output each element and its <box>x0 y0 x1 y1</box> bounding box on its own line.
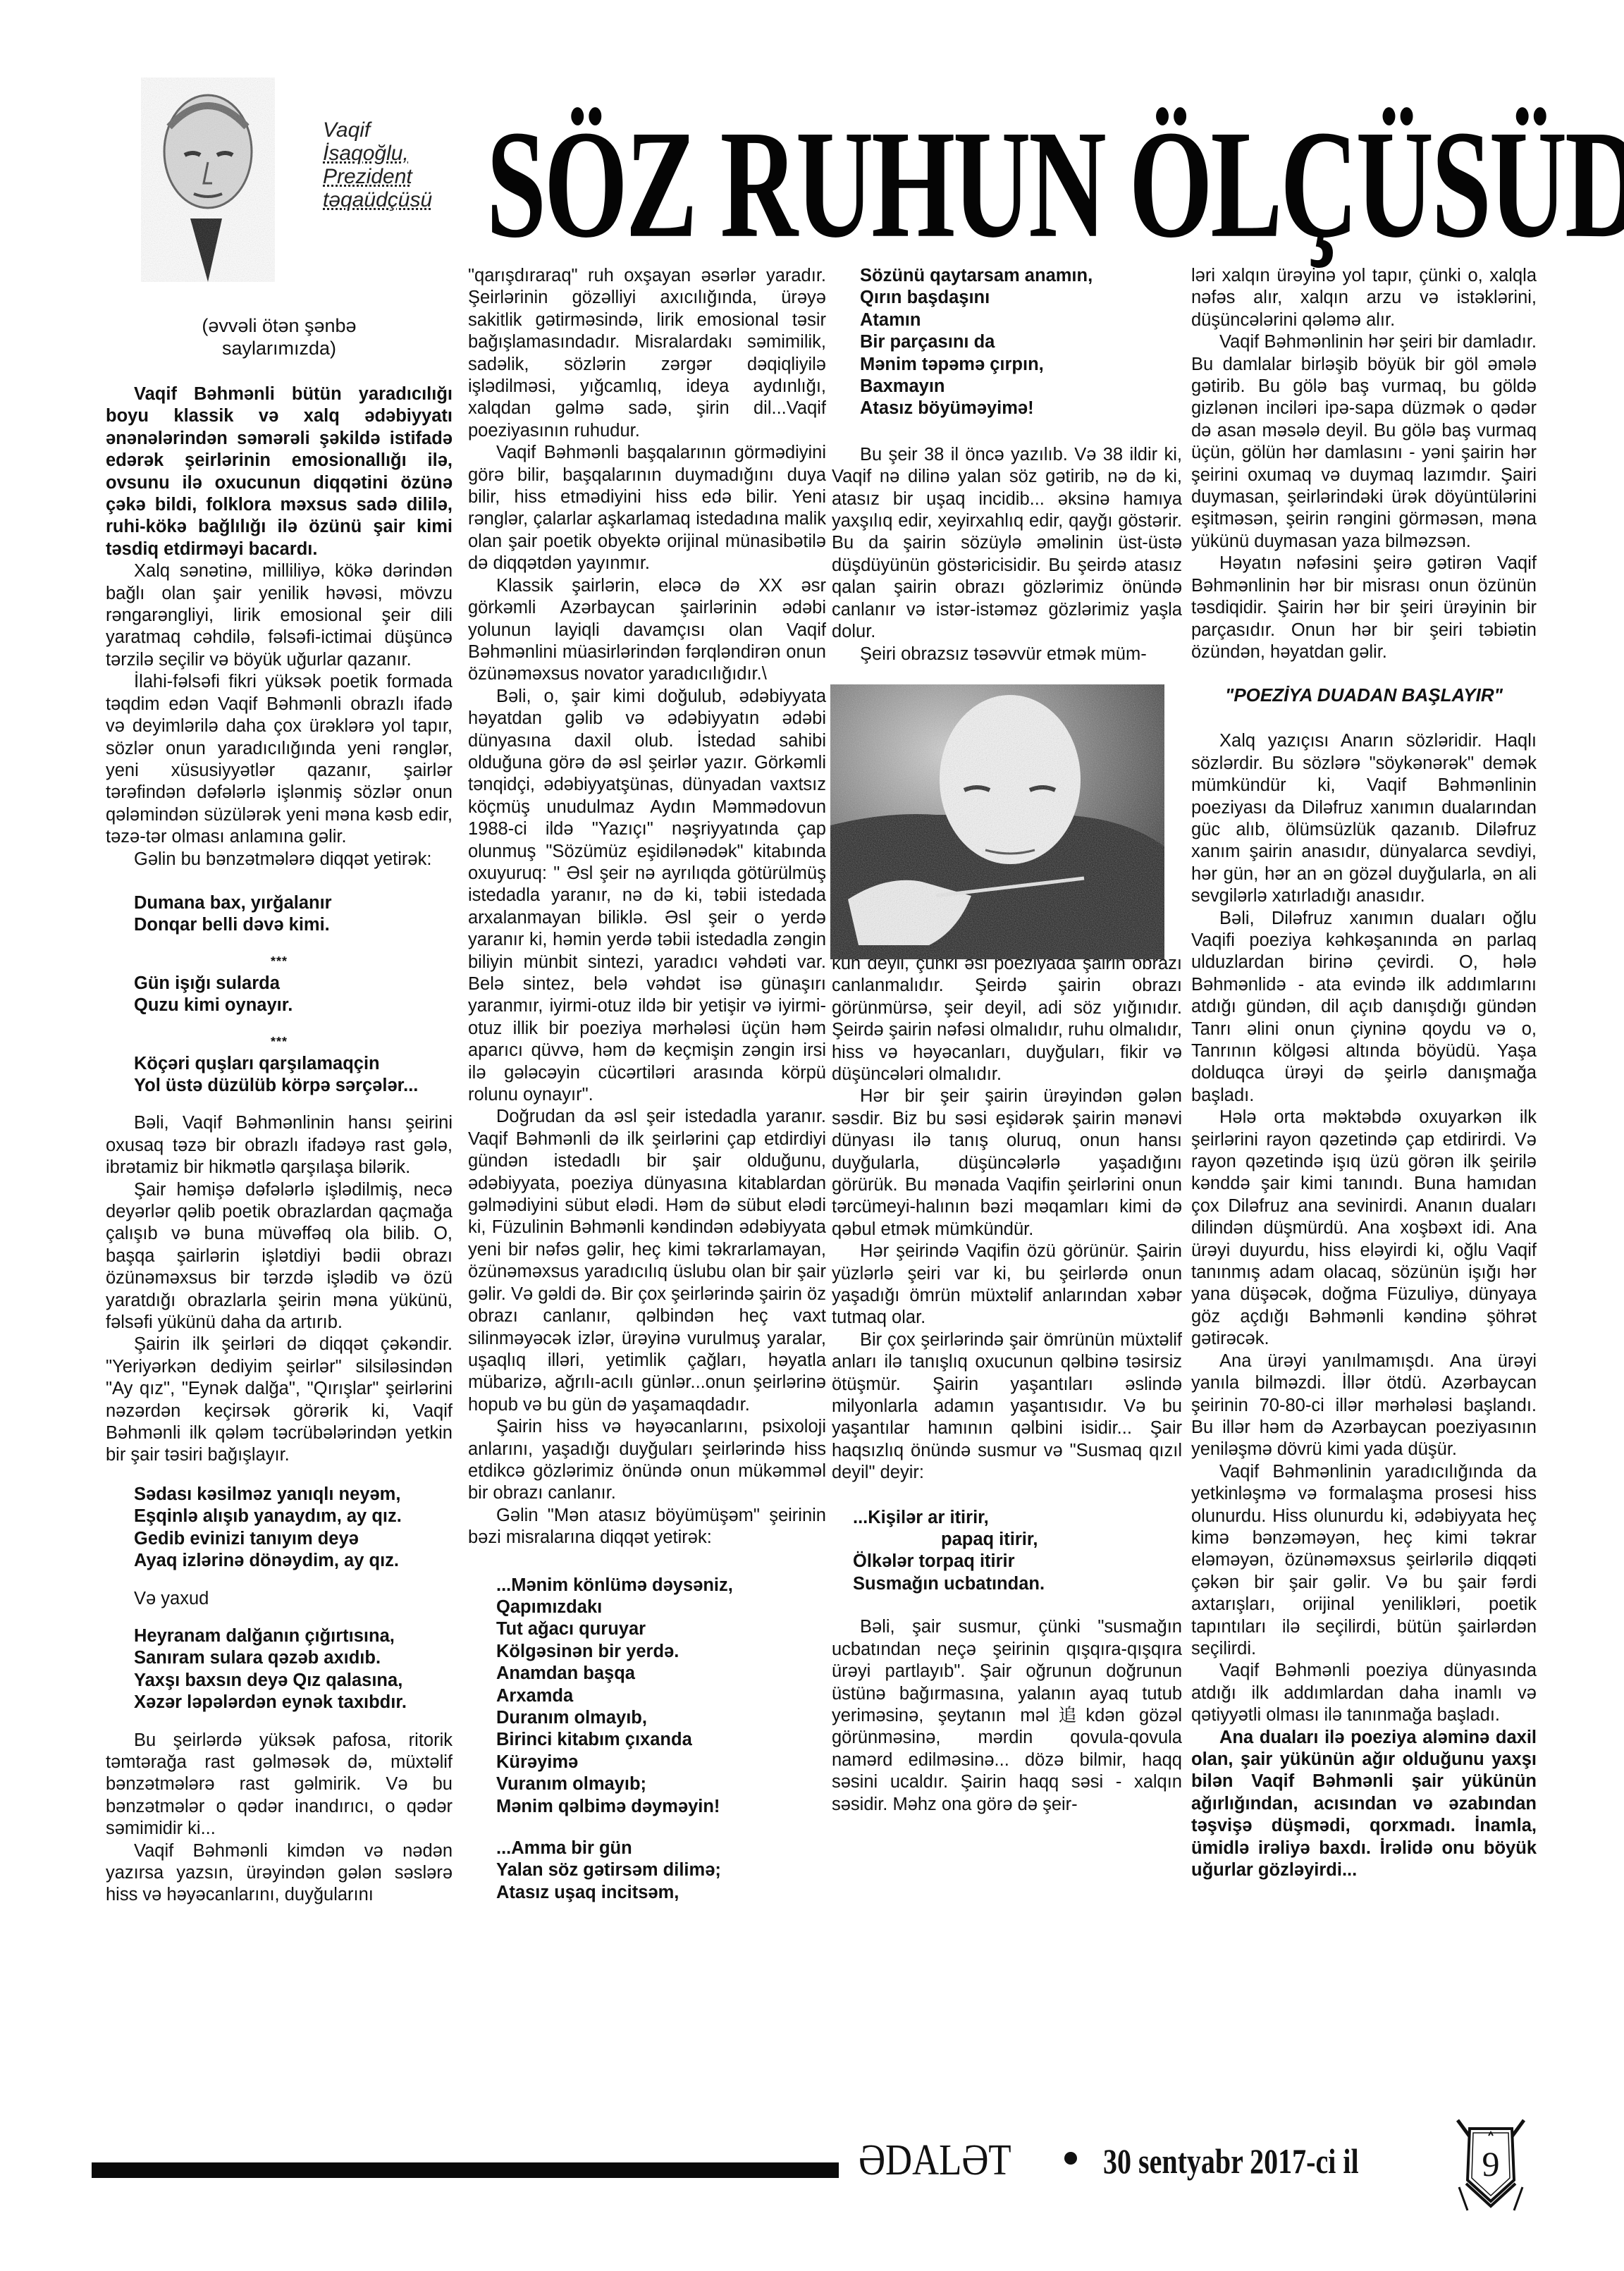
poem-line: Yol üstə düzülüb körpə sərçələr... <box>134 1075 453 1097</box>
poem-line: Birinci kitabım çıxanda <box>496 1729 826 1751</box>
poem-line: Baxmayın <box>860 376 1182 398</box>
continuation-note-line: (əvvəli ötən şənbə <box>106 314 453 337</box>
poem-excerpt: Gün işığı sularda Quzu kimi oynayır. <box>134 973 453 1017</box>
paragraph: Vaqif Bəhmənli başqalarının görmədiyini … <box>468 442 826 574</box>
paragraph: Bəli, Vaqif Bəhmənlinin hansı şeirini ox… <box>106 1112 453 1178</box>
poem-excerpt: Heyranam dalğanın çığırtısına, Sanıram s… <box>134 1625 453 1714</box>
poem-excerpt: ...Amma bir gün Yalan söz gətirsəm dilim… <box>496 1838 826 1904</box>
poem-line: Susmağın ucbatından. <box>853 1573 1182 1595</box>
paragraph: Xalq sənətinə, milliliyə, kökə dərindən … <box>106 560 453 671</box>
poem-line: ...Mənim könlümə dəysəniz, <box>496 1575 826 1596</box>
poem-line: Atasız böyüməyimə! <box>860 398 1182 419</box>
paragraph: Bu şeirlərdə yüksək pafosa, ritorik təmt… <box>106 1730 453 1840</box>
poem-line: Yaxşı baxsın deyə Qız qalasına, <box>134 1670 453 1692</box>
paragraph: Şeiri obrazsız təsəvvür etmək müm- <box>832 644 1182 665</box>
paragraph: Həyatın nəfəsini şeirə gətirən Vaqif Bəh… <box>1191 553 1537 663</box>
paragraph: Hər şeirində Vaqifin özü görünür. Şairin… <box>832 1241 1182 1329</box>
poem-line: ...Amma bir gün <box>496 1838 826 1859</box>
author-title-line1: Prezident <box>323 165 457 188</box>
poem-excerpt: Sözünü qaytarsam anamın, Qırın başdaşını… <box>860 265 1182 420</box>
page-number: 9 <box>1477 2143 1505 2185</box>
poem-line: Köçəri quşları qarşılamaqçin <box>134 1053 453 1075</box>
author-portrait <box>141 78 275 282</box>
poem-excerpt: Dumana bax, yırğalanır Donqar belli dəvə… <box>134 892 453 937</box>
paragraph: Vaqif Bəhmənli kimdən və nədən yazırsa y… <box>106 1840 453 1907</box>
paragraph: Xalq yazıçısı Anarın sözləridir. Haqlı s… <box>1191 730 1537 907</box>
lead-paragraph: Vaqif Bəhmənli bütün yaradıcılığı boyu k… <box>106 383 453 560</box>
continuation-note-line: saylarımızda) <box>106 337 453 359</box>
poem-line: Ölkələr torpaq itirir <box>853 1551 1182 1573</box>
poem-line: Gün işığı sularda <box>134 973 453 995</box>
paragraph: Doğrudan da əsl şeir istedadla yaranır. … <box>468 1106 826 1416</box>
article-column-2: "qarışdıraraq" ruh oxşayan əsərlər yarad… <box>468 265 826 1904</box>
paragraph: Hələ orta məktəbdə oxuyarkən ilk şeirlər… <box>1191 1107 1537 1350</box>
paragraph: ləri xalqın ürəyinə yol tapır, çünki o, … <box>1191 265 1537 331</box>
transition-text: Və yaxud <box>106 1588 453 1610</box>
poem-line: Qapımızdakı <box>496 1596 826 1618</box>
poem-line: Qırın başdaşını <box>860 287 1182 309</box>
poem-line: Atamın <box>860 309 1182 331</box>
paragraph: Bir çox şeirlərində şair ömrünün müxtəli… <box>832 1329 1182 1484</box>
poem-excerpt: Sədası kəsilməz yanıqlı neyəm, Eşqinlə a… <box>134 1484 453 1573</box>
article-column-3: Sözünü qaytarsam anamın, Qırın başdaşını… <box>832 265 1182 1816</box>
paragraph: Vaqif Bəhmənlinin hər şeiri bir damladır… <box>1191 331 1537 553</box>
poem-line: Sədası kəsilməz yanıqlı neyəm, <box>134 1484 453 1506</box>
paragraph: Vaqif Bəhmənli poeziya dünyasında atdığı… <box>1191 1660 1537 1726</box>
poem-line: Quzu kimi oynayır. <box>134 995 453 1016</box>
poem-line: Arxamda <box>496 1685 826 1707</box>
paragraph: Gəlin "Mən atasız böyümüşəm" şeirinin bə… <box>468 1505 826 1549</box>
bullet-separator <box>1064 2152 1077 2165</box>
paragraph: Vaqif Bəhmənlinin yaradıcılığında da yet… <box>1191 1461 1537 1661</box>
poem-excerpt: Köçəri quşları qarşılamaqçin Yol üstə dü… <box>134 1053 453 1097</box>
poem-line: Anamdan başqa <box>496 1663 826 1685</box>
paragraph: Ana ürəyi yanılmamışdı. Ana ürəyi yanıla… <box>1191 1350 1537 1461</box>
poem-line: Xəzər ləpələrdən eynək taxıbdır. <box>134 1692 453 1713</box>
byline: Vaqif İsaqoğlu, Prezident təqaüdçüsü <box>323 118 457 211</box>
paragraph: "qarışdıraraq" ruh oxşayan əsərlər yarad… <box>468 265 826 442</box>
newspaper-name: ƏDALƏT <box>859 2136 1011 2185</box>
issue-date: 30 sentyabr 2017-ci il <box>1103 2140 1359 2182</box>
poem-line: Vuranım olmayıb; <box>496 1773 826 1795</box>
poem-line: Heyranam dalğanın çığırtısına, <box>134 1625 453 1647</box>
section-subheading: "POEZİYA DUADAN BAŞLAYIR" <box>1191 684 1537 706</box>
poem-line: Dumana bax, yırğalanır <box>134 892 453 914</box>
paragraph: Bəli, o, şair kimi doğulub, ədəbiyyata h… <box>468 686 826 1107</box>
poem-excerpt: ...Kişilər ar itirir, papaq itirir, Ölkə… <box>853 1507 1182 1596</box>
paragraph: Klassik şairlərin, eləcə də XX əsr görkə… <box>468 575 826 686</box>
poem-line: papaq itirir, <box>853 1529 1182 1551</box>
article-column-4: ləri xalqın ürəyinə yol tapır, çünki o, … <box>1191 265 1537 1881</box>
paragraph: Bu şeir 38 il öncə yazılıb. Və 38 ildir … <box>832 444 1182 644</box>
paragraph: Gəlin bu bənzətmələrə diqqət yetirək: <box>106 849 453 870</box>
poem-line: Ayaq izlərinə dönəydim, ay qız. <box>134 1550 453 1572</box>
poem-line: Tut ağacı quruyar <box>496 1618 826 1640</box>
poem-line: Kölgəsinən bir yerdə. <box>496 1641 826 1663</box>
poem-line: Mənim qəlbimə dəyməyin! <box>496 1796 826 1818</box>
paragraph: Şair həmişə dəfələrlə işlədilmiş, necə d… <box>106 1179 453 1334</box>
paragraph: Hər bir şeir şairin ürəyindən gələn səsd… <box>832 1085 1182 1241</box>
poem-line: Eşqinlə alışıb yanaydım, ay qız. <box>134 1506 453 1527</box>
paragraph: Şairin ilk şeirləri də diqqət çəkəndir. … <box>106 1334 453 1466</box>
poem-line: Mənim təpəmə çırpın, <box>860 354 1182 376</box>
footer-rule <box>92 2162 839 2178</box>
poem-line: Yalan söz gətirsəm dilimə; <box>496 1859 826 1881</box>
poem-line: Kürəyimə <box>496 1752 826 1773</box>
closing-paragraph: Ana duaları ilə poeziya aləminə daxil ol… <box>1191 1727 1537 1882</box>
poem-line: ...Kişilər ar itirir, <box>853 1507 1182 1529</box>
paragraph: Bəli, şair susmur, çünki "susmağın ucbat… <box>832 1616 1182 1816</box>
article-column-1: (əvvəli ötən şənbə saylarımızda) Vaqif B… <box>106 314 453 1907</box>
paragraph: İlahi-fəlsəfi fikri yüksək poetik formad… <box>106 671 453 848</box>
poem-line: Sanıram sulara qəzəb axıdıb. <box>134 1647 453 1669</box>
continuation-note: (əvvəli ötən şənbə saylarımızda) <box>106 314 453 359</box>
paragraph: Şairin hiss və həyəcanlarını, psixoloji … <box>468 1416 826 1505</box>
poem-line: Gedib evinizi tanıyım deyə <box>134 1528 453 1550</box>
author-last-name: İsaqoğlu, <box>323 142 457 165</box>
poet-photo <box>830 684 1164 959</box>
author-title-line2: təqaüdçüsü <box>323 188 457 211</box>
poem-line: Duranım olmayıb, <box>496 1707 826 1729</box>
poem-line: Sözünü qaytarsam anamın, <box>860 265 1182 287</box>
poem-line: Donqar belli dəvə kimi. <box>134 914 453 936</box>
author-first-name: Vaqif <box>323 118 457 142</box>
poem-excerpt: ...Mənim könlümə dəysəniz, Qapımızdakı T… <box>496 1575 826 1818</box>
paragraph: kün deyil, çünki əsl poeziyada şairin ob… <box>832 953 1182 1085</box>
poem-line: Atasız uşaq incitsəm, <box>496 1882 826 1904</box>
separator: *** <box>106 951 453 973</box>
page-title: SÖZ RUHUN ÖLÇÜSÜDÜR <box>486 106 1272 264</box>
poem-line: Bir parçasını da <box>860 331 1182 353</box>
paragraph: Bəli, Diləfruz xanımın duaları oğlu Vaqi… <box>1191 908 1537 1107</box>
separator: *** <box>106 1031 453 1053</box>
